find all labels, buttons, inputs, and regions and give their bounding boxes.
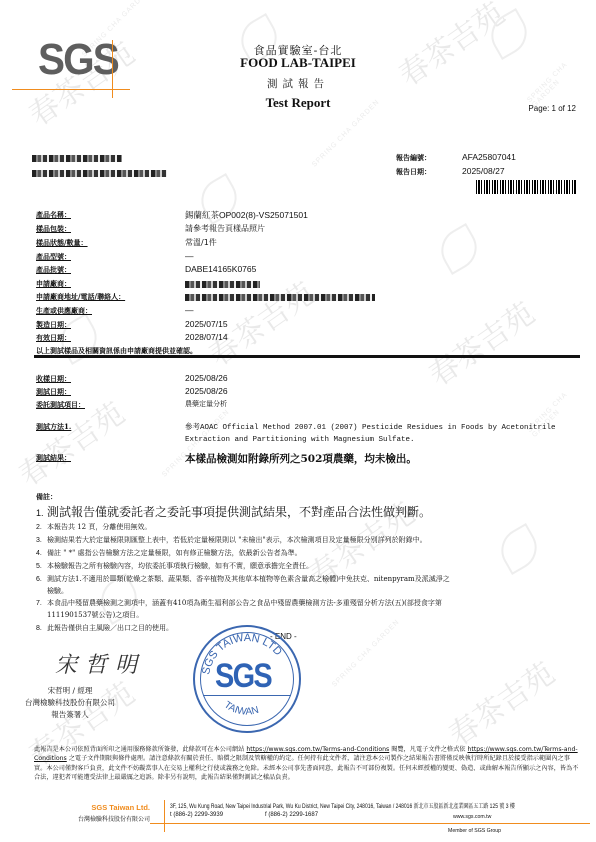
disclaimer-text: 閱覽，凡電子文件之格式依: [391, 746, 465, 753]
disclaimer-text: 此報告是本公司依照背面所印之通用服務條款所簽發，此條款可在本公司網站: [34, 746, 244, 753]
field-value-manufacturer: —: [185, 305, 194, 315]
disclaimer-text: 之電子文件期限與條件處理。請注意條款有關於責任、賠償之限制及管轄權的約定。任何持…: [34, 755, 579, 781]
footer-rule: [150, 823, 590, 824]
footer-website[interactable]: www.sgs.com.tw: [453, 814, 491, 820]
note-number: 5.: [36, 563, 47, 570]
svg-text:TAIWAN: TAIWAN: [222, 700, 260, 718]
note-number: 3.: [36, 537, 47, 544]
signatory-company: 台灣檢驗科技股份有限公司: [0, 697, 140, 708]
field-value-manufacture-date: 2025/07/15: [185, 319, 228, 329]
note-item: 8.此報告僅供自主風險／出口之目的使用。: [36, 623, 173, 633]
field-label-manufacture-date: 製造日期：: [36, 320, 71, 330]
test-item-label: 委託測試項目：: [36, 400, 85, 410]
redacted-addressee: [32, 170, 167, 177]
received-date-label: 收樣日期：: [36, 374, 71, 384]
watermark-en: SPRING CHA GARDEN: [331, 618, 401, 688]
test-method-label: 測試方法1.: [36, 422, 71, 432]
note-text: 本報告共 12 頁，分離使用無效。: [47, 523, 151, 531]
report-number-label: 報告編號：: [396, 153, 431, 163]
page-number: Page: 1 of 12: [528, 104, 576, 113]
received-date: 2025/08/26: [185, 373, 228, 383]
note-number: 8.: [36, 625, 47, 632]
note-text: 備註 " *" 處指公告檢驗方法之定量極限，如有修正檢驗方法，依最新公告者為準。: [47, 549, 302, 557]
note-text: 本檢驗報告之所有檢驗內容，均依委託事項執行檢驗，如有不實，願意承擔完全責任。: [47, 562, 313, 570]
redacted-applicant: [185, 281, 260, 288]
signature: 宋哲明: [55, 648, 145, 679]
note-text: 檢測結果若大於定量極限則匯整上表中，若低於定量極限則以 "未檢出"表示，本次檢測…: [47, 536, 427, 544]
watermark-text: 春茶吉苑: [418, 290, 542, 395]
footer-rule: [164, 800, 165, 832]
lab-name-en: FOOD LAB-TAIPEI: [0, 55, 596, 71]
test-result-label: 測試結果：: [36, 453, 71, 463]
note-item: 4.備註 " *" 處指公告檢驗方法之定量極限，如有修正檢驗方法，依最新公告者為…: [36, 548, 302, 558]
terms-link[interactable]: https://www.sgs.com.tw/Terms-and-Conditi…: [246, 746, 389, 753]
report-title-zh: 測試報告: [0, 76, 596, 91]
field-label-packaging: 樣品包裝：: [36, 224, 71, 234]
footer-phone: t (886-2) 2299-3939: [170, 812, 223, 818]
report-number: AFA25807041: [462, 152, 516, 162]
note-number: 6.: [36, 576, 47, 583]
report-date: 2025/08/27: [462, 166, 505, 176]
redacted-applicant-address: [185, 294, 375, 301]
footer-fax: f (886-2) 2299-1687: [265, 812, 318, 818]
field-label-product-name: 產品名稱：: [36, 210, 71, 220]
field-label-state-quantity: 樣品狀態/數量：: [36, 238, 88, 248]
note-text: 此報告僅供自主風險／出口之目的使用。: [47, 624, 173, 632]
note-text: 測試報告僅就委託者之委託事項提供測試結果，不對產品合法性做判斷。: [47, 505, 431, 519]
note-item: 5.本檢驗報告之所有檢驗內容，均依委託事項執行檢驗，如有不實，願意承擔完全責任。: [36, 561, 313, 571]
footer-member: Member of SGS Group: [448, 828, 501, 834]
field-value-product-name: 錫蘭紅茶OP002(8)-VS25071501: [185, 209, 308, 221]
seal-rule: [203, 695, 291, 696]
note-item: 1.測試報告僅就委託者之委託事項提供測試結果，不對產品合法性做判斷。: [36, 503, 431, 520]
footer-company-en: SGS Taiwan Ltd.: [60, 803, 150, 812]
watermark-text: 春茶吉苑: [438, 650, 562, 755]
signatory-role: 報告簽署人: [0, 709, 140, 720]
field-label-manufacturer: 生產或供應廠商：: [36, 306, 92, 316]
signatory-name-title: 宋哲明 / 經理: [0, 685, 140, 696]
company-seal: SGS TAIWAN LTD TAIWAN SGS: [193, 625, 301, 733]
field-label-applicant: 申請廠商：: [36, 279, 71, 289]
watermark-leaf-icon: [433, 223, 485, 275]
watermark-leaf-icon: [493, 523, 545, 575]
note-continuation: 檢驗。: [47, 586, 68, 596]
note-number: 2.: [36, 524, 47, 531]
note-text: 測試方法1.不適用於Ⅲ類(乾燥之茶類、蔬果類、香辛植物及其他草本植物等色素含量高…: [47, 575, 450, 583]
field-label-expiry-date: 有效日期：: [36, 333, 71, 343]
field-value-batch: DABE14165K0765: [185, 264, 256, 274]
seal-logo: SGS: [215, 659, 271, 693]
note-text: 本食品中殘留農藥檢測之測項中，涵蓋有410項為衛生福利部公告之食品中殘留農藥檢測…: [47, 599, 442, 607]
note-item: 2.本報告共 12 頁，分離使用無效。: [36, 522, 151, 532]
test-result: 本樣品檢測如附錄所列之502項農藥，均未檢出。: [185, 451, 417, 466]
field-value-packaging: 請參考報告頁樣品照片: [185, 223, 265, 234]
notes-title: 備註：: [36, 492, 57, 502]
report-title-en: Test Report: [0, 95, 596, 111]
field-value-state-quantity: 常溫/1件: [185, 237, 217, 248]
section-divider: [34, 355, 580, 358]
note-item: 7.本食品中殘留農藥檢測之測項中，涵蓋有410項為衛生福利部公告之食品中殘留農藥…: [36, 598, 442, 608]
test-item: 農藥定量分析: [185, 399, 227, 409]
field-label-model: 產品型號：: [36, 252, 71, 262]
field-label-batch: 產品批號：: [36, 265, 71, 275]
note-item: 3.檢測結果若大於定量極限則匯整上表中，若低於定量極限則以 "未檢出"表示，本次…: [36, 535, 427, 545]
terms-disclaimer: 此報告是本公司依照背面所印之通用服務條款所簽發，此條款可在本公司網站 https…: [34, 745, 580, 783]
field-value-expiry-date: 2028/07/14: [185, 332, 228, 342]
field-value-model: —: [185, 251, 194, 261]
test-method: 參考AOAC Official Method 2007.01 (2007) Pe…: [185, 422, 585, 446]
test-date: 2025/08/26: [185, 386, 228, 396]
note-item: 6.測試方法1.不適用於Ⅲ類(乾燥之茶類、蔬果類、香辛植物及其他草本植物等色素含…: [36, 574, 450, 584]
test-date-label: 測試日期：: [36, 387, 71, 397]
note-number: 1.: [36, 508, 47, 518]
report-date-label: 報告日期：: [396, 167, 431, 177]
footer-address: 3F, 125, Wu Kung Road, New Taipei Indust…: [170, 801, 515, 810]
note-continuation: 1111901537號公告)之項目。: [47, 610, 143, 620]
note-number: 7.: [36, 600, 47, 607]
note-number: 4.: [36, 550, 47, 557]
redacted-addressee: [32, 155, 122, 162]
footer-company-zh: 台灣檢驗科技股份有限公司: [40, 814, 150, 823]
barcode: [476, 180, 577, 194]
field-label-applicant-address: 申請廠商地址/電話/聯絡人：: [36, 292, 125, 302]
